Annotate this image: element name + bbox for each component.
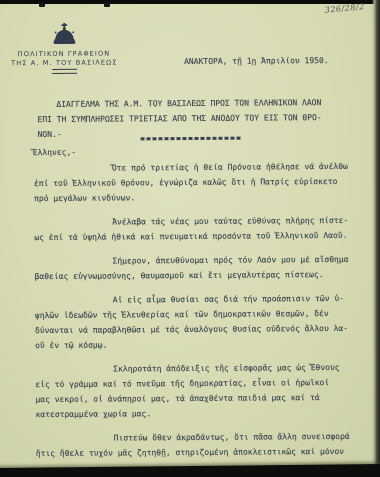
handwritten-archive-reference: 326/28/2 [324,2,365,15]
paragraph: Ἀνέλαβα τάς νέας μου ταύτας εὐθύνας πλήρ… [34,213,372,245]
proclamation-body: Ὅτε πρό τριετίας ἡ θεία Πρόνοια ἠθέλησε … [34,159,374,470]
document-content: 326/28/2 ΠΟΛΙΤΙΚΟΝ ΓΡΑΦΕ [0,0,380,477]
letterhead-office-line2: ΤΗΣ Α. Μ. ΤΟΥ ΒΑΣΙΛΕΩΣ [11,58,117,67]
letterhead: ΠΟΛΙΤΙΚΟΝ ΓΡΑΦΕΙΟΝ ΤΗΣ Α. Μ. ΤΟΥ ΒΑΣΙΛΕΩ… [11,23,117,75]
paragraph: Πιστεύω ὅθεν ἀκραδάντως, ὅτι πᾶσα ἄλλη σ… [36,429,374,461]
paragraph: Σήμερον, ἀπευθύνομαι πρός τόν Λαόν μου μ… [34,252,372,284]
paragraph: Αἱ εἰς αἷμα θυσίαι σας διά τήν προάσπισι… [35,291,373,353]
proclamation-heading: ΔΙΑΓΓΕΛΜΑ ΤΗΣ Α.Μ. ΤΟΥ ΒΑΣΙΛΕΩΣ ΠΡΟΣ ΤΟΝ… [37,95,353,142]
royal-crown-icon [50,23,77,46]
letterhead-rule [52,69,77,74]
heading-line: ΕΠΙ ΤΗ ΣΥΜΠΛΗΡΩΣΕΙ ΤΡΙΕΤΙΑΣ ΑΠΟ ΤΗΣ ΑΝΟΔ… [37,110,353,127]
paragraph: Ὅτε πρό τριετίας ἡ θεία Πρόνοια ἠθέλησε … [34,159,372,206]
salutation: Ἕλληνες,- [33,148,76,157]
scanned-document-page: 326/28/2 ΠΟΛΙΤΙΚΟΝ ΓΡΑΦΕ [0,0,380,477]
dateline: ΑΝΑΚΤΟΡΑ, τῇ 1ῃ Ἀπριλίου 1950. [184,56,329,66]
paragraph: Σκληροτάτη ἀπόδειξις τῆς εἰσφορᾶς μας ὡς… [35,360,373,422]
letterhead-office-line1: ΠΟΛΙΤΙΚΟΝ ΓΡΑΦΕΙΟΝ [11,50,117,59]
